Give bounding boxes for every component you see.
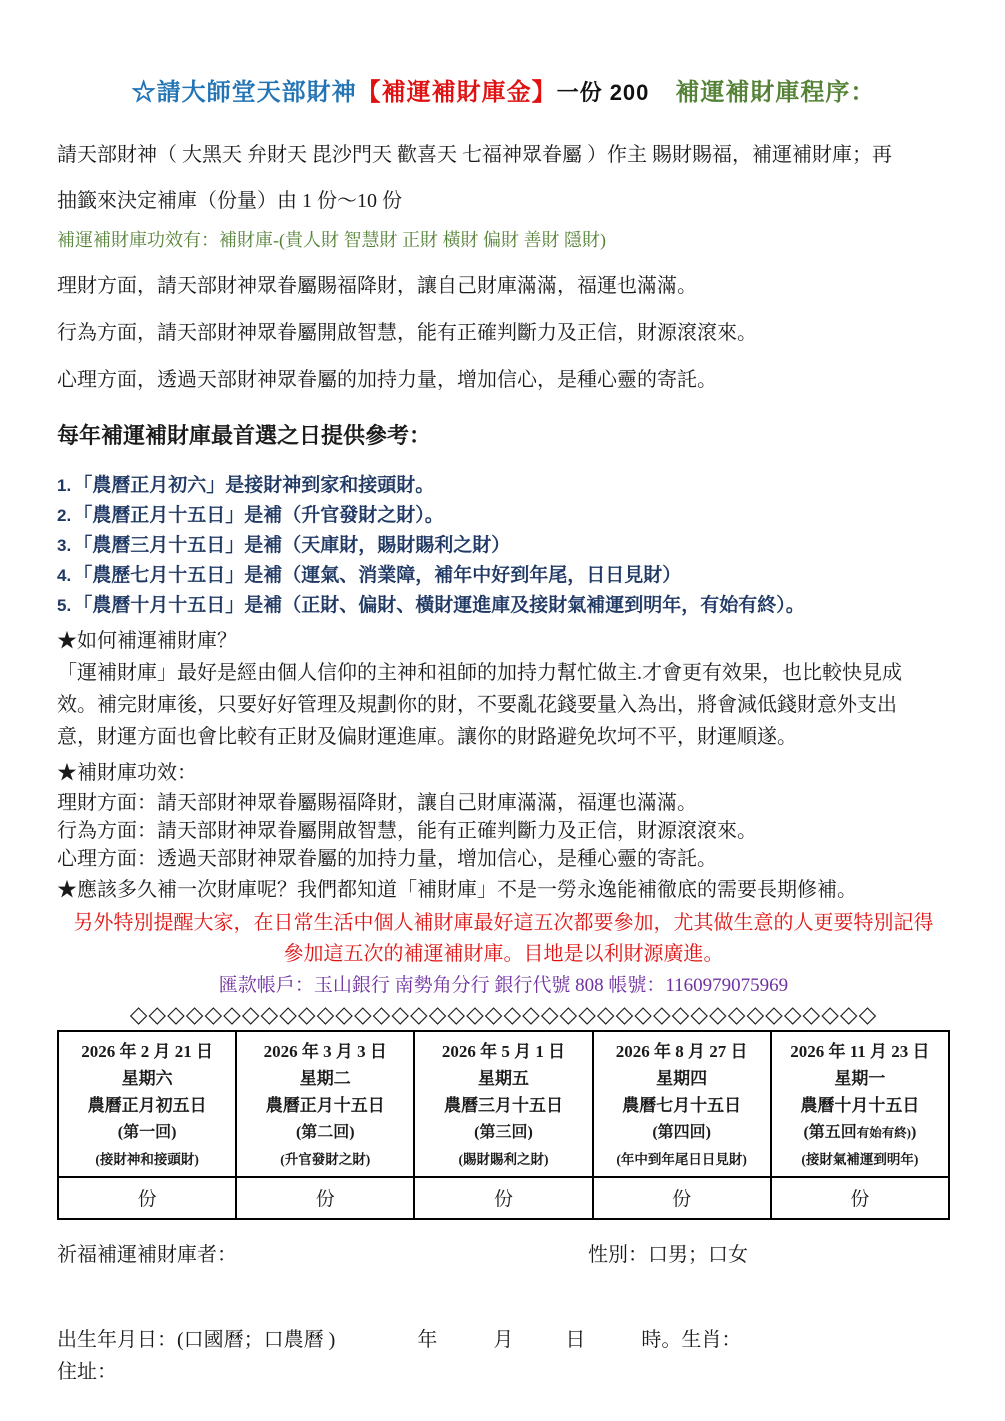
round-main: (第四回) bbox=[652, 1124, 711, 1141]
reference-list: 1.「農曆正月初六」是接財神到家和接頭財。 2.「農曆正月十五日」是補（升官發財… bbox=[57, 471, 950, 621]
frequency-line: ★應該多久補一次財庫呢？我們都知道「補財庫」不是一勞永逸能補徹底的需要長期修補。 bbox=[57, 875, 950, 906]
schedule-note: (賜財賜利之財) bbox=[419, 1147, 587, 1172]
intro-line-1: 請天部財神（ 大黑天 弁財天 毘沙門天 歡喜天 七福神眾眷屬 ）作主 賜財賜福，… bbox=[57, 144, 892, 166]
quantity-cell-1: 份 bbox=[58, 1177, 236, 1219]
how-to-paragraph: 「運補財庫」最好是經由個人信仰的主神和祖師的加持力幫忙做主.才會更有效果，也比較… bbox=[57, 657, 950, 753]
schedule-weekday: 星期四 bbox=[598, 1065, 766, 1092]
list-item-text: 「農曆三月十五日」是補（天庫財，賜財賜利之財） bbox=[73, 535, 510, 556]
quantity-cell-5: 份 bbox=[771, 1177, 949, 1219]
list-item-text: 「農歷七月十五日」是補（運氣、消業障，補年中好到年尾，日日見財） bbox=[73, 565, 681, 586]
aspect-finance: 理財方面，請天部財神眾眷屬賜福降財，讓自己財庫滿滿，福運也滿滿。 bbox=[57, 273, 950, 300]
day-label: 日 bbox=[565, 1329, 585, 1351]
address-label: 住址： bbox=[57, 1361, 117, 1383]
year-label: 年 bbox=[417, 1329, 437, 1351]
schedule-note: (接財氣補運到明年) bbox=[776, 1147, 944, 1172]
list-item-number: 3. bbox=[57, 536, 71, 555]
reminder-line-2: 參加這五次的補運補財庫。目地是以利財源廣進。 bbox=[284, 943, 724, 965]
schedule-table: 2026 年 2 月 21 日 星期六 農曆正月初五日 (第一回) (接財神和接… bbox=[57, 1030, 950, 1220]
birthdate-label: 出生年月日：(口國曆；口農曆 ) bbox=[57, 1329, 335, 1351]
aspect-behavior: 行為方面，請天部財神眾眷屬開啟智慧，能有正確判斷力及正信，財源滾滾來。 bbox=[57, 320, 950, 347]
list-item-text: 「農曆十月十五日」是補（正財、偏財、橫財運進庫及接財氣補運到明年，有始有終）。 bbox=[73, 595, 805, 616]
round-main: (第一回) bbox=[118, 1124, 177, 1141]
list-item-number: 2. bbox=[57, 506, 71, 525]
round-small: 有始有終) bbox=[857, 1126, 911, 1140]
round-main: (第三回) bbox=[474, 1124, 533, 1141]
intro-line-2: 抽籤來決定補庫（份量）由 1 份～10 份 bbox=[57, 190, 402, 212]
quantity-cell-4: 份 bbox=[593, 1177, 771, 1219]
address-row: 住址： bbox=[57, 1357, 950, 1387]
applicant-label: 祈福補運補財庫者： bbox=[57, 1244, 237, 1266]
effect-mind-line: 心理方面：透過天部財神眾眷屬的加持力量，增加信心，是種心靈的寄託。 bbox=[57, 845, 950, 873]
document-page: ☆請大師堂天部財神【補運補財庫金】一份 200補運補財庫程序： 請天部財神（ 大… bbox=[0, 0, 1005, 1421]
list-item: 5.「農曆十月十五日」是補（正財、偏財、橫財運進庫及接財氣補運到明年，有始有終）… bbox=[57, 591, 950, 621]
hour-zodiac-label: 時。生肖： bbox=[641, 1329, 741, 1351]
schedule-cell-4: 2026 年 8 月 27 日 星期四 農曆七月十五日 (第四回) (年中到年尾… bbox=[593, 1031, 771, 1177]
schedule-round: (第三回) bbox=[419, 1119, 587, 1147]
intro-paragraph: 請天部財神（ 大黑天 弁財天 毘沙門天 歡喜天 七福神眾眷屬 ）作主 賜財賜福，… bbox=[57, 132, 950, 224]
schedule-lunar-date: 農曆正月十五日 bbox=[241, 1092, 409, 1119]
list-item: 2.「農曆正月十五日」是補（升官發財之財）。 bbox=[57, 501, 950, 531]
round-main: (第五回 bbox=[803, 1124, 856, 1141]
list-item: 3.「農曆三月十五日」是補（天庫財，賜財賜利之財） bbox=[57, 531, 950, 561]
reminder-line-1: 另外特別提醒大家，在日常生活中個人補財庫最好這五次都要參加，尤其做生意的人更要特… bbox=[74, 912, 934, 934]
effect-heading: ★補財庫功效： bbox=[57, 758, 950, 789]
applicant-row: 祈福補運補財庫者： 性別：口男；口女 bbox=[57, 1240, 950, 1270]
schedule-note: (接財神和接頭財) bbox=[63, 1147, 231, 1172]
schedule-round: (第五回有始有終)) bbox=[776, 1119, 944, 1147]
reference-heading: 每年補運補財庫最首選之日提供參考： bbox=[57, 421, 950, 451]
schedule-round: (第二回) bbox=[241, 1119, 409, 1147]
schedule-note: (升官發財之財) bbox=[241, 1147, 409, 1172]
schedule-cell-1: 2026 年 2 月 21 日 星期六 農曆正月初五日 (第一回) (接財神和接… bbox=[58, 1031, 236, 1177]
schedule-date: 2026 年 3 月 3 日 bbox=[241, 1038, 409, 1065]
reminder-text: 另外特別提醒大家，在日常生活中個人補財庫最好這五次都要參加，尤其做生意的人更要特… bbox=[57, 908, 950, 970]
schedule-cell-3: 2026 年 5 月 1 日 星期五 農曆三月十五日 (第三回) (賜財賜利之財… bbox=[414, 1031, 592, 1177]
how-line-3: 意，財運方面也會比較有正財及偏財運進庫。讓你的財路避免坎坷不平，財運順遂。 bbox=[57, 726, 797, 748]
page-title: ☆請大師堂天部財神【補運補財庫金】一份 200補運補財庫程序： bbox=[57, 0, 950, 107]
title-offer-part: 【補運補財庫金】 bbox=[357, 80, 557, 106]
aspect-mind: 心理方面，透過天部財神眾眷屬的加持力量，增加信心，是種心靈的寄託。 bbox=[57, 367, 950, 394]
schedule-weekday: 星期六 bbox=[63, 1065, 231, 1092]
schedule-lunar-date: 農曆三月十五日 bbox=[419, 1092, 587, 1119]
effect-behavior-line: 行為方面：請天部財神眾眷屬開啟智慧，能有正確判斷力及正信，財源滾滾來。 bbox=[57, 817, 950, 845]
schedule-date: 2026 年 8 月 27 日 bbox=[598, 1038, 766, 1065]
schedule-cell-2: 2026 年 3 月 3 日 星期二 農曆正月十五日 (第二回) (升官發財之財… bbox=[236, 1031, 414, 1177]
list-item-number: 4. bbox=[57, 566, 71, 585]
gender-label: 性別：口男；口女 bbox=[588, 1240, 748, 1270]
bank-account-line: 匯款帳戶：玉山銀行 南勢角分行 銀行代號 808 帳號：116097907596… bbox=[57, 970, 950, 1001]
list-item-text: 「農曆正月十五日」是補（升官發財之財）。 bbox=[73, 505, 444, 526]
schedule-lunar-date: 農曆七月十五日 bbox=[598, 1092, 766, 1119]
list-item: 4.「農歷七月十五日」是補（運氣、消業障，補年中好到年尾，日日見財） bbox=[57, 561, 950, 591]
title-procedure-part: 補運補財庫程序： bbox=[675, 80, 875, 106]
effects-summary-line: 補運補財庫功效有：補財庫-(貴人財 智慧財 正財 橫財 偏財 善財 隱財) bbox=[57, 227, 950, 253]
schedule-round: (第一回) bbox=[63, 1119, 231, 1147]
schedule-weekday: 星期二 bbox=[241, 1065, 409, 1092]
how-to-heading: ★如何補運補財庫？ bbox=[57, 626, 950, 657]
list-item-number: 5. bbox=[57, 596, 71, 615]
schedule-lunar-date: 農曆正月初五日 bbox=[63, 1092, 231, 1119]
month-label: 月 bbox=[493, 1329, 513, 1351]
schedule-date: 2026 年 11 月 23 日 bbox=[776, 1038, 944, 1065]
schedule-weekday: 星期五 bbox=[419, 1065, 587, 1092]
schedule-info-row: 2026 年 2 月 21 日 星期六 農曆正月初五日 (第一回) (接財神和接… bbox=[58, 1031, 949, 1177]
list-item-number: 1. bbox=[57, 476, 71, 495]
quantity-cell-3: 份 bbox=[414, 1177, 592, 1219]
birthdate-row: 出生年月日：(口國曆；口農曆 )年月日時。生肖： bbox=[57, 1325, 950, 1355]
round-main: (第二回) bbox=[296, 1124, 355, 1141]
title-price: 一份 200 bbox=[557, 80, 650, 105]
list-item: 1.「農曆正月初六」是接財神到家和接頭財。 bbox=[57, 471, 950, 501]
diamond-separator: ◇◇◇◇◇◇◇◇◇◇◇◇◇◇◇◇◇◇◇◇◇◇◇◇◇◇◇◇◇◇◇◇◇◇◇◇◇◇◇◇ bbox=[57, 1001, 950, 1028]
schedule-date: 2026 年 2 月 21 日 bbox=[63, 1038, 231, 1065]
how-line-1: 「運補財庫」最好是經由個人信仰的主神和祖師的加持力幫忙做主.才會更有效果，也比較… bbox=[57, 662, 902, 684]
list-item-text: 「農曆正月初六」是接財神到家和接頭財。 bbox=[73, 475, 434, 496]
schedule-round: (第四回) bbox=[598, 1119, 766, 1147]
schedule-note: (年中到年尾日日見財) bbox=[598, 1147, 766, 1172]
how-line-2: 效。補完財庫後，只要好好管理及規劃你的財，不要亂花錢要量入為出，將會減低錢財意外… bbox=[57, 694, 897, 716]
schedule-cell-5: 2026 年 11 月 23 日 星期一 農曆十月十五日 (第五回有始有終)) … bbox=[771, 1031, 949, 1177]
schedule-quantity-row: 份 份 份 份 份 bbox=[58, 1177, 949, 1219]
schedule-date: 2026 年 5 月 1 日 bbox=[419, 1038, 587, 1065]
round-end: ) bbox=[911, 1124, 916, 1141]
effect-finance-line: 理財方面：請天部財神眾眷屬賜福降財，讓自己財庫滿滿，福運也滿滿。 bbox=[57, 789, 950, 817]
title-temple-part: ☆請大師堂天部財神 bbox=[132, 80, 357, 106]
schedule-lunar-date: 農曆十月十五日 bbox=[776, 1092, 944, 1119]
quantity-cell-2: 份 bbox=[236, 1177, 414, 1219]
schedule-weekday: 星期一 bbox=[776, 1065, 944, 1092]
